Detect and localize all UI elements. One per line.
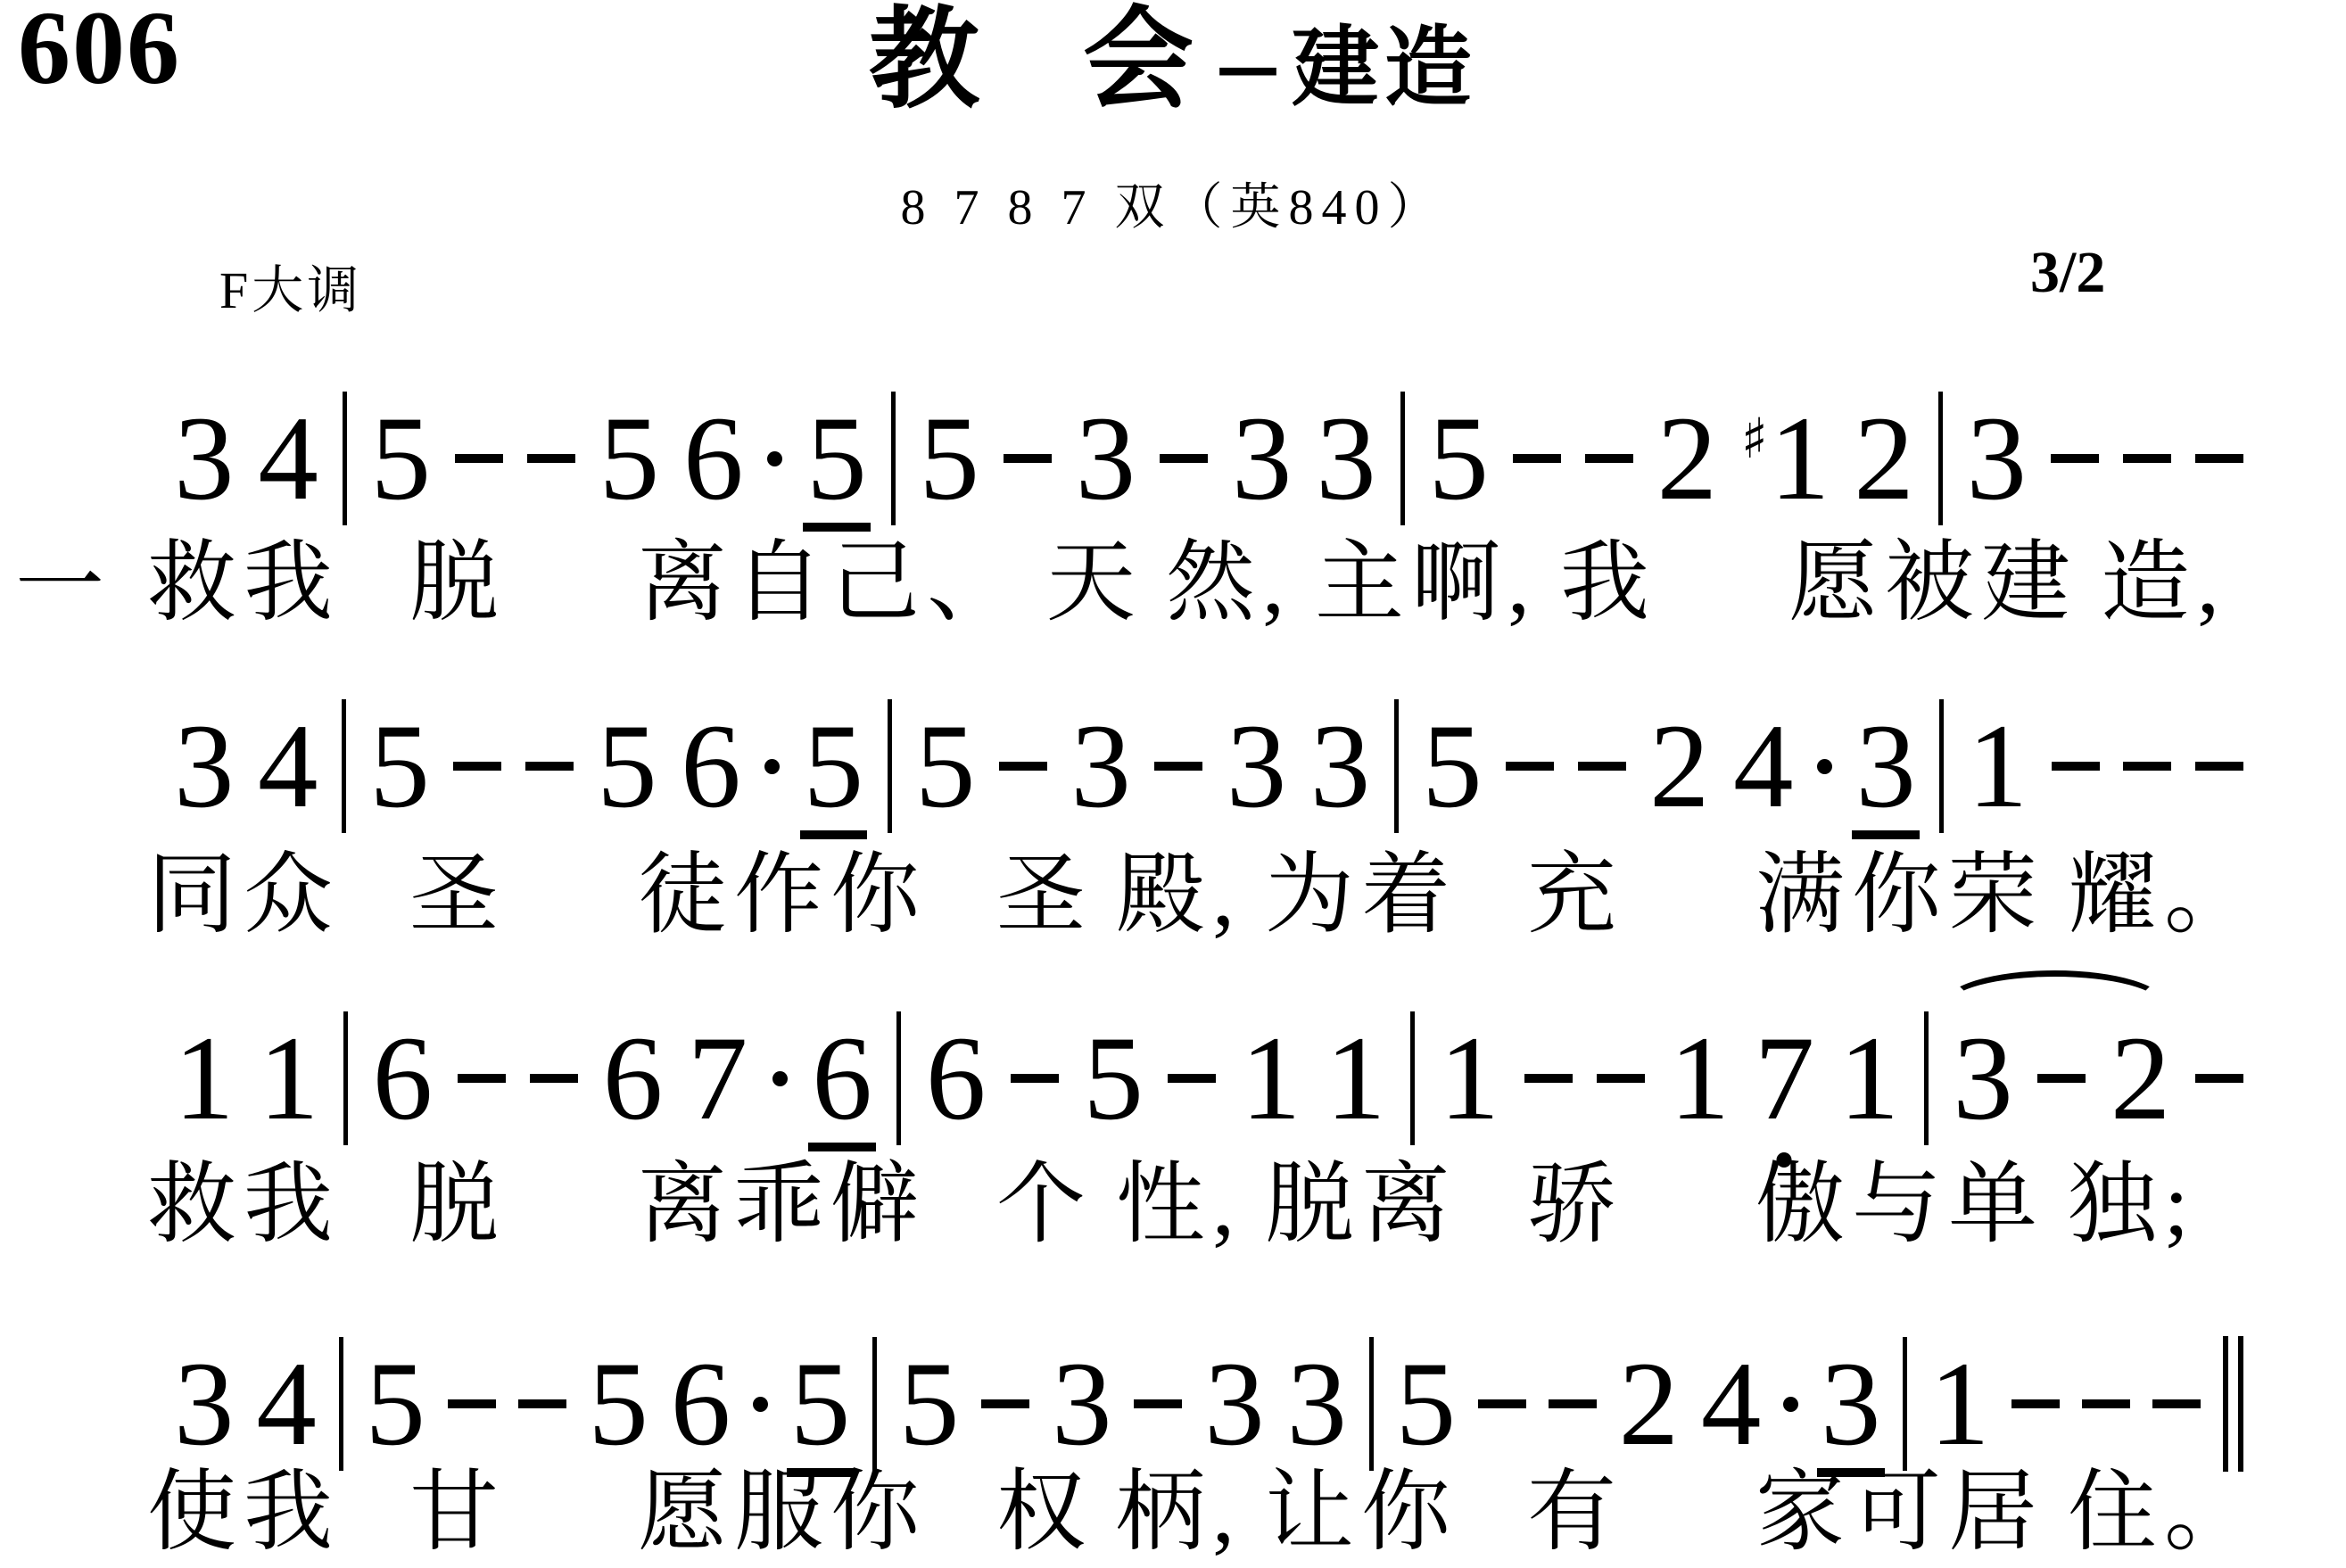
- lyric-line-4: 使我甘愿服你权柄,让你有家可居住。: [147, 1463, 2260, 1563]
- lyric-segment: 骄: [1527, 1155, 1623, 1255]
- duration-dash: [1004, 454, 1052, 463]
- music-line-3: 1166766511117132: [174, 1011, 2243, 1146]
- sharp-icon: ♯: [1741, 406, 1768, 471]
- lyric-segment: 柄,: [1116, 1463, 1242, 1563]
- music-note: 5: [804, 706, 864, 827]
- music-note: 3: [1076, 399, 1136, 519]
- music-note: 5: [915, 706, 976, 827]
- music-note: 4: [258, 399, 318, 519]
- lyric-segment: 甘: [409, 1463, 506, 1563]
- barline: [1924, 1011, 1929, 1145]
- music-note: 5: [597, 706, 657, 827]
- lyric-segment: 充: [1527, 846, 1623, 945]
- duration-dash: [2195, 762, 2243, 771]
- duration-dash: [1154, 762, 1202, 771]
- augmentation-dot: [764, 759, 780, 774]
- music-note: 3: [1287, 1344, 1348, 1465]
- music-note: 5: [588, 1344, 648, 1465]
- music-note: 3: [1953, 1019, 2013, 1139]
- hymn-sheet: 606 教会–建造 8 7 8 7 双（英840） F大调 3/2 345565…: [0, 0, 2346, 1568]
- barline: [1939, 699, 1944, 833]
- music-note: ♯1: [1741, 399, 1830, 519]
- duration-dash: [455, 454, 503, 463]
- barline: [896, 1011, 901, 1145]
- music-note: 1: [1241, 1019, 1301, 1139]
- duration-dash: [518, 1399, 566, 1408]
- lyric-segment: 殿,: [1116, 846, 1242, 945]
- augmentation-dot: [753, 1397, 768, 1412]
- music-note: 2: [1649, 706, 1710, 827]
- music-note: 5: [365, 1344, 425, 1465]
- barline: [343, 392, 347, 525]
- music-note: 3: [1821, 1344, 1881, 1465]
- augmentation-dot: [1783, 1397, 1798, 1412]
- lyric-segment: 住。: [2068, 1463, 2260, 1563]
- music-note: 3: [1204, 1344, 1265, 1465]
- music-note: 3: [1052, 1344, 1112, 1465]
- lyric-segment: 天: [1046, 533, 1143, 633]
- music-note: 5: [599, 399, 660, 519]
- lyric-segment: 造,: [2101, 533, 2226, 633]
- lyric-segment: 圣: [409, 846, 506, 945]
- duration-dash: [527, 454, 575, 463]
- lyric-line-1: 一救我脱离自己、天然,主啊,我愿被建造,: [147, 533, 2226, 633]
- music-note: 5: [899, 1344, 960, 1465]
- duration-dash: [2052, 762, 2100, 771]
- music-note: 5: [1422, 706, 1483, 827]
- barline: [872, 1337, 877, 1471]
- lyric-segment: 脱离: [1265, 1155, 1458, 1255]
- augmentation-dot: [1817, 759, 1832, 774]
- music-note: 4: [258, 706, 318, 827]
- lyric-segment: 个: [996, 1155, 1093, 1255]
- lyric-segment: 使我: [147, 1463, 340, 1563]
- music-note: 3: [174, 1344, 235, 1465]
- duration-dash: [2082, 1399, 2130, 1408]
- lyric-segment: 主啊,: [1315, 533, 1537, 633]
- music-note: 7: [1755, 1019, 1815, 1139]
- music-note: 5: [1396, 1344, 1457, 1465]
- music-note: 1: [1929, 1344, 1990, 1465]
- music-note: 2: [1619, 1344, 1680, 1465]
- duration-dash: [1597, 1074, 1645, 1083]
- music-note: 7: [688, 1019, 748, 1139]
- title-char-1: 教: [869, 0, 979, 121]
- music-note: 2: [2111, 1019, 2171, 1139]
- duration-dash: [1160, 454, 1208, 463]
- lyric-segment: 满你荣: [1755, 846, 2044, 945]
- barline: [1410, 1011, 1415, 1145]
- barline: [1400, 392, 1405, 525]
- barline: [891, 392, 896, 525]
- music-note: 5: [371, 399, 432, 519]
- duration-dash: [2051, 454, 2099, 463]
- music-note: 3: [1855, 706, 1916, 827]
- music-note: 3: [174, 706, 235, 827]
- music-note: 1: [1326, 1019, 1386, 1139]
- duration-dash: [530, 1074, 578, 1083]
- music-note: 6: [373, 1019, 434, 1139]
- lyric-segment: 然,: [1166, 533, 1292, 633]
- music-note: 3: [174, 399, 235, 519]
- duration-dash: [2123, 762, 2171, 771]
- music-line-2: 345565533352431: [174, 698, 2243, 834]
- music-note: 1: [259, 1019, 319, 1139]
- lyric-segment: 愿服你: [638, 1463, 927, 1563]
- music-note: 6: [683, 399, 744, 519]
- lyric-segment: 徒作你: [638, 846, 927, 945]
- music-note: 2: [1854, 399, 1914, 519]
- duration-dash: [2195, 1074, 2243, 1083]
- lyric-segment: 有: [1527, 1463, 1623, 1563]
- music-note: 3: [1310, 706, 1371, 827]
- duration-dash: [1478, 1399, 1526, 1408]
- lyric-segment: 为着: [1265, 846, 1458, 945]
- duration-dash: [453, 762, 501, 771]
- lyric-segment: 圣: [996, 846, 1093, 945]
- duration-dash: [981, 1399, 1029, 1408]
- lyric-segment: 傲与单: [1755, 1155, 2044, 1255]
- duration-dash: [1549, 1399, 1597, 1408]
- verse-number: 一: [15, 537, 112, 637]
- duration-dash: [448, 1399, 496, 1408]
- barline: [888, 699, 892, 833]
- barline: [1369, 1337, 1374, 1471]
- barline: [342, 699, 346, 833]
- music-note: 4: [1733, 706, 1794, 827]
- barline: [1394, 699, 1399, 833]
- time-signature: 3/2: [2030, 239, 2105, 307]
- title-char-2: 会: [1083, 0, 1194, 121]
- duration-dash: [2152, 1399, 2201, 1408]
- barline: [343, 1011, 348, 1145]
- duration-dash: [1524, 1074, 1573, 1083]
- lyric-segment: 性,: [1116, 1155, 1242, 1255]
- lyric-segment: 脱: [409, 533, 506, 633]
- final-barline: [2223, 1336, 2243, 1472]
- music-note: 6: [812, 1019, 872, 1139]
- lyric-segment: 权: [996, 1463, 1093, 1563]
- lyric-segment: 我: [1560, 533, 1656, 633]
- music-note: 6: [671, 1344, 731, 1465]
- music-line-1: 345565533352♯123: [174, 391, 2243, 526]
- lyric-segment: 同众: [147, 846, 340, 945]
- page-title: 教会–建造: [0, 0, 2346, 128]
- music-note: 3: [1316, 399, 1376, 519]
- lyric-segment: 耀。: [2068, 846, 2260, 945]
- lyric-segment: 愿被建: [1788, 533, 2078, 633]
- music-note: 3: [1967, 399, 2028, 519]
- duration-dash: [458, 1074, 506, 1083]
- title-subtitle: 建造: [1292, 21, 1477, 117]
- music-note: 4: [256, 1344, 317, 1465]
- lyric-segment: 离自己、: [638, 533, 1023, 633]
- lyric-segment: 家可居: [1755, 1463, 2044, 1563]
- music-note: 5: [1083, 1019, 1144, 1139]
- music-note: 2: [1657, 399, 1718, 519]
- music-note: 5: [806, 399, 867, 519]
- music-note: 5: [919, 399, 979, 519]
- barline: [1938, 392, 1943, 525]
- duration-dash: [2037, 1074, 2086, 1083]
- duration-dash: [2123, 454, 2171, 463]
- music-note: 1: [1670, 1019, 1731, 1139]
- duration-dash: [2011, 1399, 2060, 1408]
- music-note: 1: [174, 1019, 235, 1139]
- augmentation-dot: [767, 451, 782, 466]
- duration-dash: [999, 762, 1047, 771]
- duration-dash: [1168, 1074, 1216, 1083]
- meter-line: 8 7 8 7 双（英840）: [0, 168, 2346, 239]
- lyric-line-2: 同众圣徒作你圣殿,为着充满你荣耀。: [147, 846, 2260, 945]
- duration-dash: [525, 762, 574, 771]
- music-note: 3: [1070, 706, 1131, 827]
- music-note: 5: [369, 706, 430, 827]
- lyric-segment: 脱: [409, 1155, 506, 1255]
- title-dash: –: [1220, 0, 1276, 121]
- duration-dash: [1011, 1074, 1059, 1083]
- lyric-segment: 救我: [147, 1155, 340, 1255]
- duration-dash: [1134, 1399, 1182, 1408]
- barline: [339, 1337, 343, 1471]
- music-note: 1: [1968, 706, 2028, 827]
- duration-dash: [1513, 454, 1561, 463]
- lyric-line-3: 救我脱离乖僻个性,脱离骄傲与单独;: [147, 1155, 2196, 1255]
- augmentation-dot: [772, 1071, 788, 1086]
- music-note: 3: [1227, 706, 1287, 827]
- music-note: 6: [926, 1019, 987, 1139]
- key-label: F大调: [219, 248, 362, 323]
- lyric-segment: 独;: [2068, 1155, 2196, 1255]
- duration-dash: [1506, 762, 1554, 771]
- music-note: 1: [1839, 1019, 1900, 1139]
- music-note: 6: [603, 1019, 664, 1139]
- music-note: 6: [681, 706, 741, 827]
- music-note: 1: [1440, 1019, 1500, 1139]
- music-note: 5: [790, 1344, 851, 1465]
- lyric-segment: 救我: [147, 533, 340, 633]
- barline: [1903, 1337, 1907, 1471]
- lyric-segment: 让你: [1265, 1463, 1458, 1563]
- music-note: 3: [1232, 399, 1293, 519]
- duration-dash: [2195, 454, 2243, 463]
- lyric-segment: 离乖僻: [638, 1155, 927, 1255]
- music-note: 5: [1428, 399, 1489, 519]
- music-note: 4: [1701, 1344, 1762, 1465]
- duration-dash: [1578, 762, 1626, 771]
- music-line-4: 345565533352431: [174, 1336, 2243, 1472]
- duration-dash: [1585, 454, 1633, 463]
